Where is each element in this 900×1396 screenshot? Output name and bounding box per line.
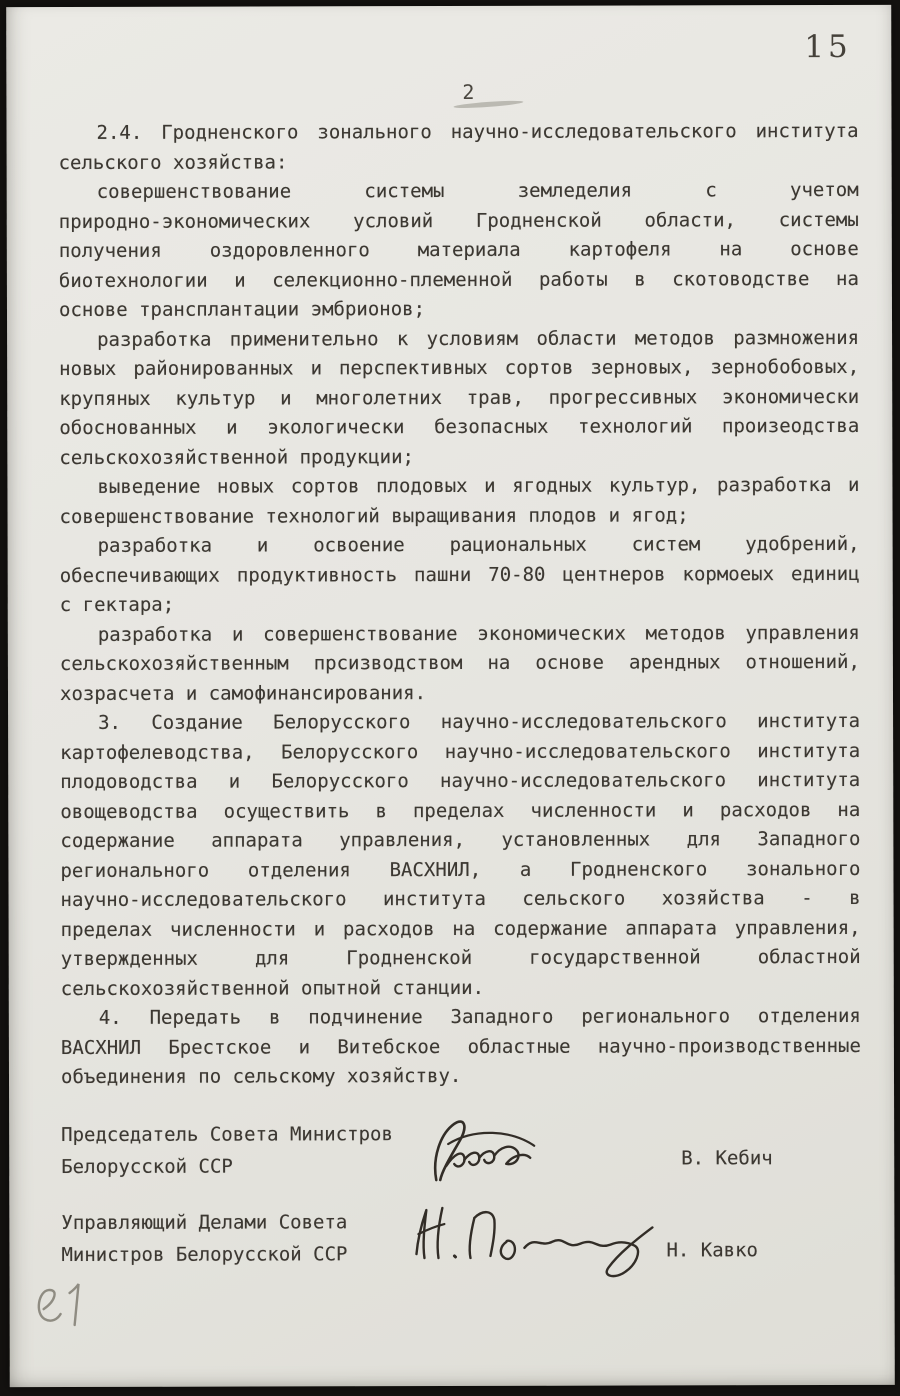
text-line: природно-экономических условий Гродненск…: [59, 205, 859, 237]
text-line: регионального отделения ВАСХНИЛ, а Гродн…: [60, 854, 860, 886]
autograph-kebich: [424, 1114, 542, 1196]
scanned-document: { "page": { "stamp_page_number": "15", "…: [0, 0, 900, 1396]
text-line: сельскохозяйственной продукции;: [59, 441, 859, 473]
text-line: сельскохозяйственной опытной станции.: [61, 972, 861, 1004]
signatory-title-administrator: Управляющий Делами Совета Министров Бело…: [61, 1206, 347, 1271]
text-line: пределах численности и расходов на содер…: [61, 913, 861, 945]
text-line: картофелеводства, Белорусского научно-ис…: [60, 736, 860, 768]
text-line: крупяных культур и многолетних трав, про…: [59, 382, 859, 414]
text-line: обоснованных и экологически безопасных т…: [59, 412, 859, 444]
text-line: совершенствование системы земледелия с у…: [59, 176, 859, 208]
text-line: разработка и совершенствование экономиче…: [60, 618, 860, 650]
autograph-kavko: [402, 1195, 684, 1288]
document-page: 15 2 2.4. Гродненского зонального научно…: [6, 5, 895, 1387]
text-line: основе трансплантации эмбрионов;: [59, 294, 859, 326]
text-line: ВАСХНИЛ Брестское и Витебское областные …: [61, 1031, 861, 1063]
text-line: содержание аппарата управления, установл…: [60, 825, 860, 857]
text-line: обеспечивающих продуктивность пашни 70-8…: [60, 559, 860, 591]
text-line: хозрасчета и самофинансирования.: [60, 677, 860, 709]
text-line: разработка применительно к условиям обла…: [59, 323, 859, 355]
signatory-name-kebich: В. Кебич: [681, 1147, 773, 1169]
text-line: научно-исследовательского института сель…: [60, 884, 860, 916]
text-line: 2.4. Гродненского зонального научно-иссл…: [58, 117, 858, 149]
text-line: овощеводства осуществить в пределах числ…: [60, 795, 860, 827]
text-line: биотехнологии и селекционно-племенной ра…: [59, 264, 859, 296]
text-line: сельскохозяйственным прсизводством на ос…: [60, 648, 860, 680]
text-line: 3. Создание Белорусского научно-исследов…: [60, 707, 860, 739]
pencil-mark: [30, 1279, 92, 1335]
text-line: утвержденных для Гродненской государстве…: [61, 943, 861, 975]
text-line: выведение новых сортов плодовых и ягодны…: [59, 471, 859, 503]
text-line: объединения по сельскому хозяйству.: [61, 1061, 861, 1093]
text-line: 4. Передать в подчинение Западного регио…: [61, 1002, 861, 1034]
stamped-page-number: 15: [804, 29, 852, 65]
document-body: 2.4. Гродненского зонального научно-иссл…: [58, 117, 861, 1093]
text-line: сельского хозяйства:: [59, 146, 859, 178]
text-line: новых районированных и перспективных сор…: [59, 353, 859, 385]
text-line: совершенствование технологий выращивания…: [59, 500, 859, 532]
signatory-title-chairman: Председатель Совета Министров Белорусско…: [61, 1118, 393, 1183]
typed-page-number: 2: [436, 80, 500, 104]
signatory-name-kavko: Н. Кавко: [666, 1239, 758, 1261]
text-line: плодоводства и Белорусского научно-иссле…: [60, 766, 860, 798]
text-line: с гектара;: [60, 589, 860, 621]
text-line: получения оздоровленного материала карто…: [59, 235, 859, 267]
text-line: разработка и освоение рациональных систе…: [60, 530, 860, 562]
